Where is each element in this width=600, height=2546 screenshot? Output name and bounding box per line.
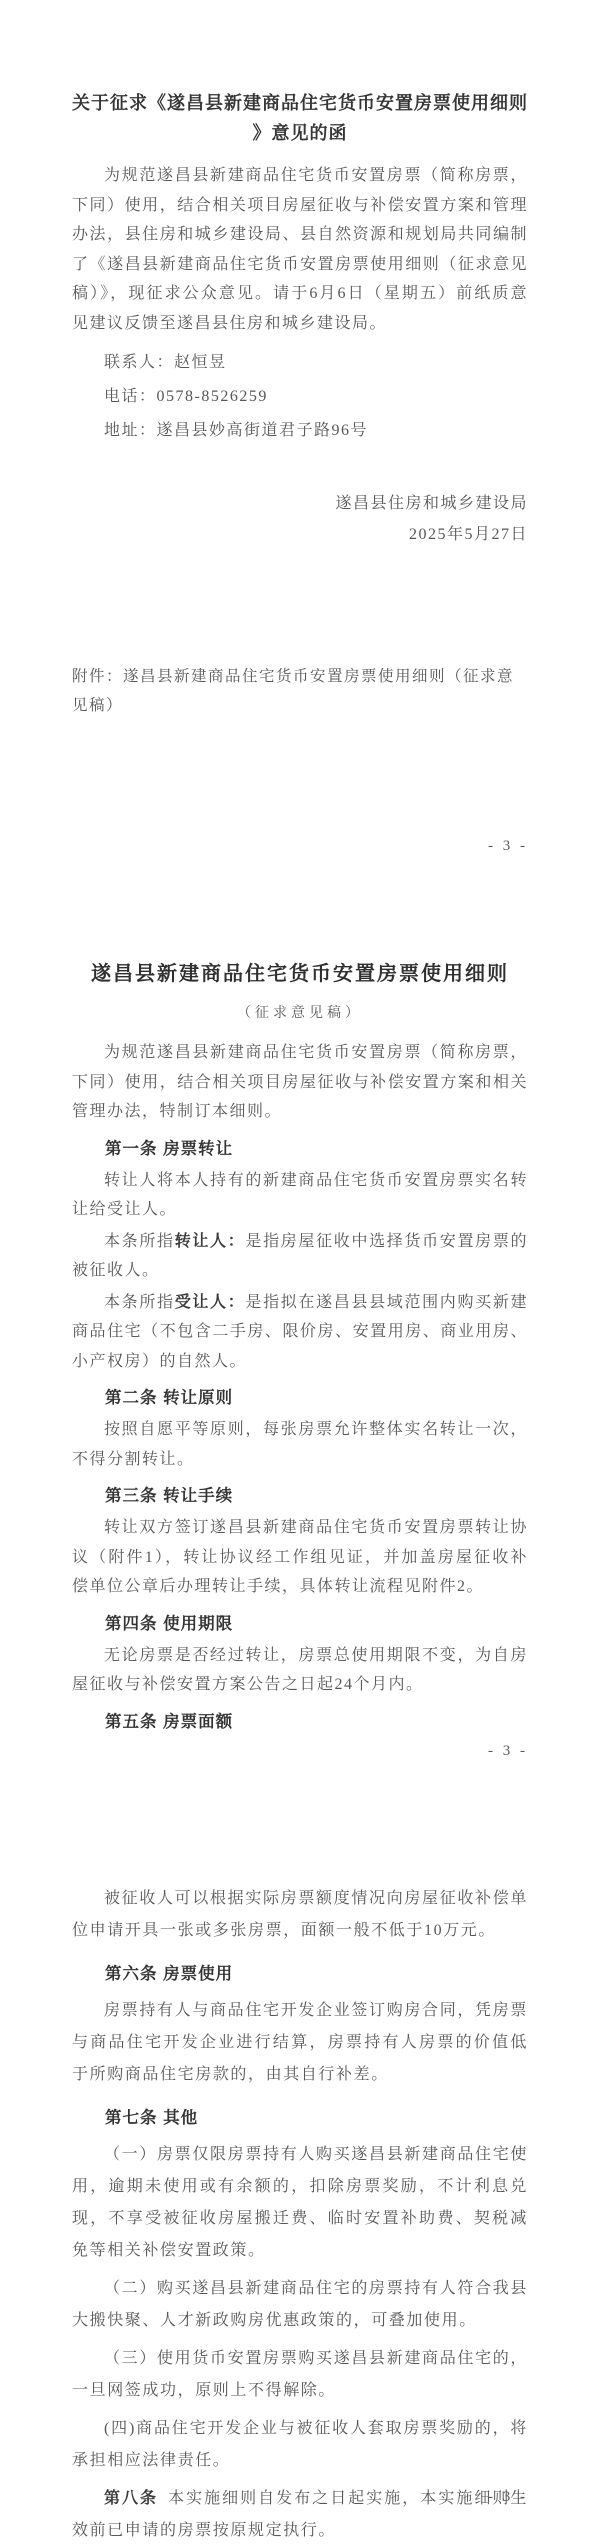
article-4-heading: 第四条 使用期限 <box>72 1609 528 1639</box>
article-1-para-2-prefix: 本条所指 <box>104 1233 175 1250</box>
page-number-1: - 3 - <box>72 836 528 856</box>
page-number-3: - 3 - <box>488 2487 528 2507</box>
article-4-para-1: 无论房票是否经过转让，房票总使用期限不变，为自房屋征收与补偿安置方案公告之日起2… <box>72 1641 528 1700</box>
signature-date: 2025年5月27日 <box>72 519 528 550</box>
article-5-heading: 第五条 房票面额 <box>72 1707 528 1737</box>
article-7-item-1: （一）房票仅限房票持有人购买遂昌县新建商品住宅使用，逾期未使用或有余额的，扣除房… <box>72 2139 528 2267</box>
article-8-para: 第八条本实施细则自发布之日起实施，本实施细则生效前已申请的房票按原规定执行。 <box>72 2483 528 2546</box>
letter-title-line2: 》意见的函 <box>253 123 348 143</box>
rules-page-2: 被征收人可以根据实际房票额度情况向房屋征收补偿单位申请开具一张或多张房票，面额一… <box>0 1761 600 2546</box>
article-2-para-1: 按照自愿平等原则，每张房票允许整体实名转让一次，不得分割转让。 <box>72 1415 528 1474</box>
letter-title-line1: 关于征求《遂昌县新建商品住宅货币安置房票使用细则 <box>72 93 528 113</box>
article-1-para-3-prefix: 本条所指 <box>104 1294 175 1311</box>
term-transferor: 转让人： <box>175 1233 246 1250</box>
article-6-heading: 第六条 房票使用 <box>72 1959 528 1989</box>
article-7-item-2: （二）购买遂昌县新建商品住宅的房票持有人符合我县大搬快聚、人才新政购房优惠政策的… <box>72 2273 528 2337</box>
letter-page: 关于征求《遂昌县新建商品住宅货币安置房票使用细则》意见的函 为规范遂昌县新建商品… <box>0 0 600 856</box>
article-7-item-3: （三）使用货币安置房票购买遂昌县新建商品住宅的，一旦网签成功，原则上不得解除。 <box>72 2343 528 2407</box>
rules-intro-paragraph: 为规范遂昌县新建商品住宅货币安置房票（简称房票，下同）使用，结合相关项目房屋征收… <box>72 1038 528 1127</box>
article-8-label: 第八条 <box>104 2490 158 2507</box>
article-7-item-4: (四)商品住宅开发企业与被征收人套取房票奖励的，将承担相应法律责任。 <box>72 2413 528 2477</box>
letter-title: 关于征求《遂昌县新建商品住宅货币安置房票使用细则》意见的函 <box>72 88 528 148</box>
article-3-heading: 第三条 转让手续 <box>72 1481 528 1511</box>
article-1-para-2: 本条所指转让人：是指房屋征收中选择货币安置房票的被征收人。 <box>72 1227 528 1286</box>
page-number-2: - 3 - <box>72 1741 528 1761</box>
letter-body-paragraph: 为规范遂昌县新建商品住宅货币安置房票（简称房票，下同）使用，结合相关项目房屋征收… <box>72 161 528 338</box>
signature-organization: 遂昌县住房和城乡建设局 <box>72 488 528 519</box>
document-scan: 关于征求《遂昌县新建商品住宅货币安置房票使用细则》意见的函 为规范遂昌县新建商品… <box>0 0 600 2546</box>
article-6-para-1: 房票持有人与商品住宅开发企业签订购房合同，凭房票与商品住宅开发企业进行结算，房票… <box>72 1995 528 2091</box>
contact-address-line: 地址：遂昌县妙高街道君子路96号 <box>72 414 528 448</box>
contact-person-line: 联系人：赵恒昱 <box>72 346 528 380</box>
article-1-para-3: 本条所指受让人：是指拟在遂昌县县域范围内购买新建商品住宅（不包含二手房、限价房、… <box>72 1288 528 1377</box>
article-5-para-1: 被征收人可以根据实际房票额度情况向房屋征收补偿单位申请开具一张或多张房票，面额一… <box>72 1883 528 1947</box>
rules-subtitle: （征求意见稿） <box>72 1004 528 1024</box>
term-transferee: 受让人： <box>175 1294 246 1311</box>
article-1-heading: 第一条 房票转让 <box>72 1134 528 1164</box>
rules-page-1: 遂昌县新建商品住宅货币安置房票使用细则 （征求意见稿） 为规范遂昌县新建商品住宅… <box>0 856 600 1761</box>
attachment-line: 附件：遂昌县新建商品住宅货币安置房票使用细则（征求意见稿） <box>72 662 528 720</box>
article-3-para-1: 转让双方签订遂昌县新建商品住宅货币安置房票转让协议（附件1），转让协议经工作组见… <box>72 1513 528 1602</box>
article-1-para-1: 转让人将本人持有的新建商品住宅货币安置房票实名转让给受让人。 <box>72 1166 528 1225</box>
article-2-heading: 第二条 转让原则 <box>72 1383 528 1413</box>
article-7-heading: 第七条 其他 <box>72 2103 528 2133</box>
rules-title: 遂昌县新建商品住宅货币安置房票使用细则 <box>72 960 528 988</box>
contact-phone-line: 电话：0578-8526259 <box>72 380 528 414</box>
